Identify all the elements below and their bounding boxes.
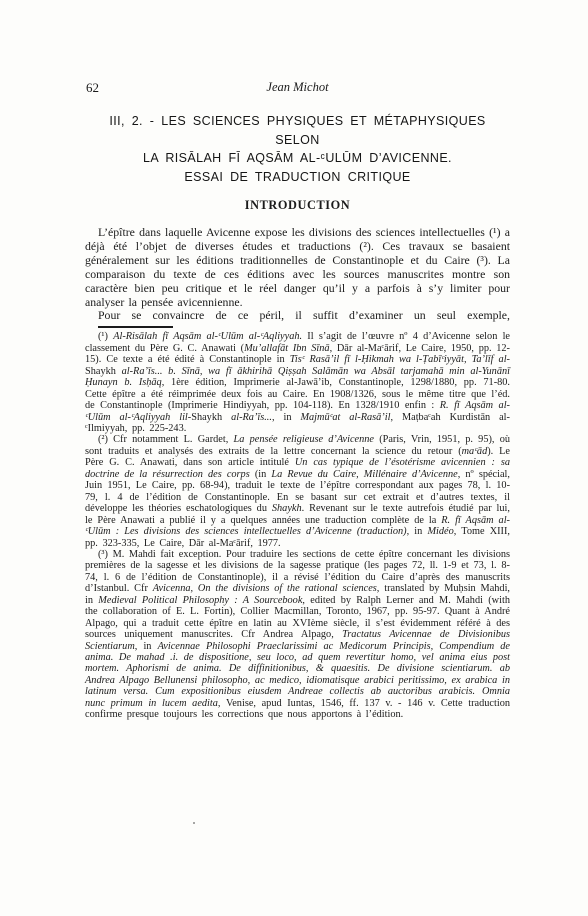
article-title: III, 2. - LES SCIENCES PHYSIQUES ET MÉTA…	[85, 112, 510, 186]
scan-speck	[193, 822, 195, 824]
footnote-separator-rule	[98, 326, 173, 328]
section-heading: INTRODUCTION	[85, 198, 510, 213]
paragraph-1: L’épître dans laquelle Avicenne expose l…	[85, 226, 510, 309]
running-title: Jean Michot	[85, 80, 510, 95]
page-content: 62 Jean Michot III, 2. - LES SCIENCES PH…	[85, 80, 510, 721]
paragraph-2: Pour se convaincre de ce péril, il suffi…	[85, 309, 510, 323]
footnote-2: (²) Cfr notamment L. Gardet, La pensée r…	[85, 434, 510, 549]
footnote-1: (¹) Al-Risālah fī Aqsām al-ᶜUlūm al-ᶜAql…	[85, 331, 510, 434]
title-line-3: ESSAI DE TRADUCTION CRITIQUE	[85, 168, 510, 187]
page-number: 62	[86, 80, 99, 95]
footnotes-block: (¹) Al-Risālah fī Aqsām al-ᶜUlūm al-ᶜAql…	[85, 331, 510, 720]
running-header: 62 Jean Michot	[85, 80, 510, 95]
footnote-3: (³) M. Mahdi fait exception. Pour tradui…	[85, 549, 510, 721]
journal-page: 62 Jean Michot III, 2. - LES SCIENCES PH…	[0, 0, 588, 916]
title-line-1: III, 2. - LES SCIENCES PHYSIQUES ET MÉTA…	[85, 112, 510, 149]
body-text: L’épître dans laquelle Avicenne expose l…	[85, 226, 510, 323]
title-line-2: LA RISĀLAH FĪ AQSĀM AL-ᶜULŪM D’AVICENNE.	[85, 149, 510, 168]
